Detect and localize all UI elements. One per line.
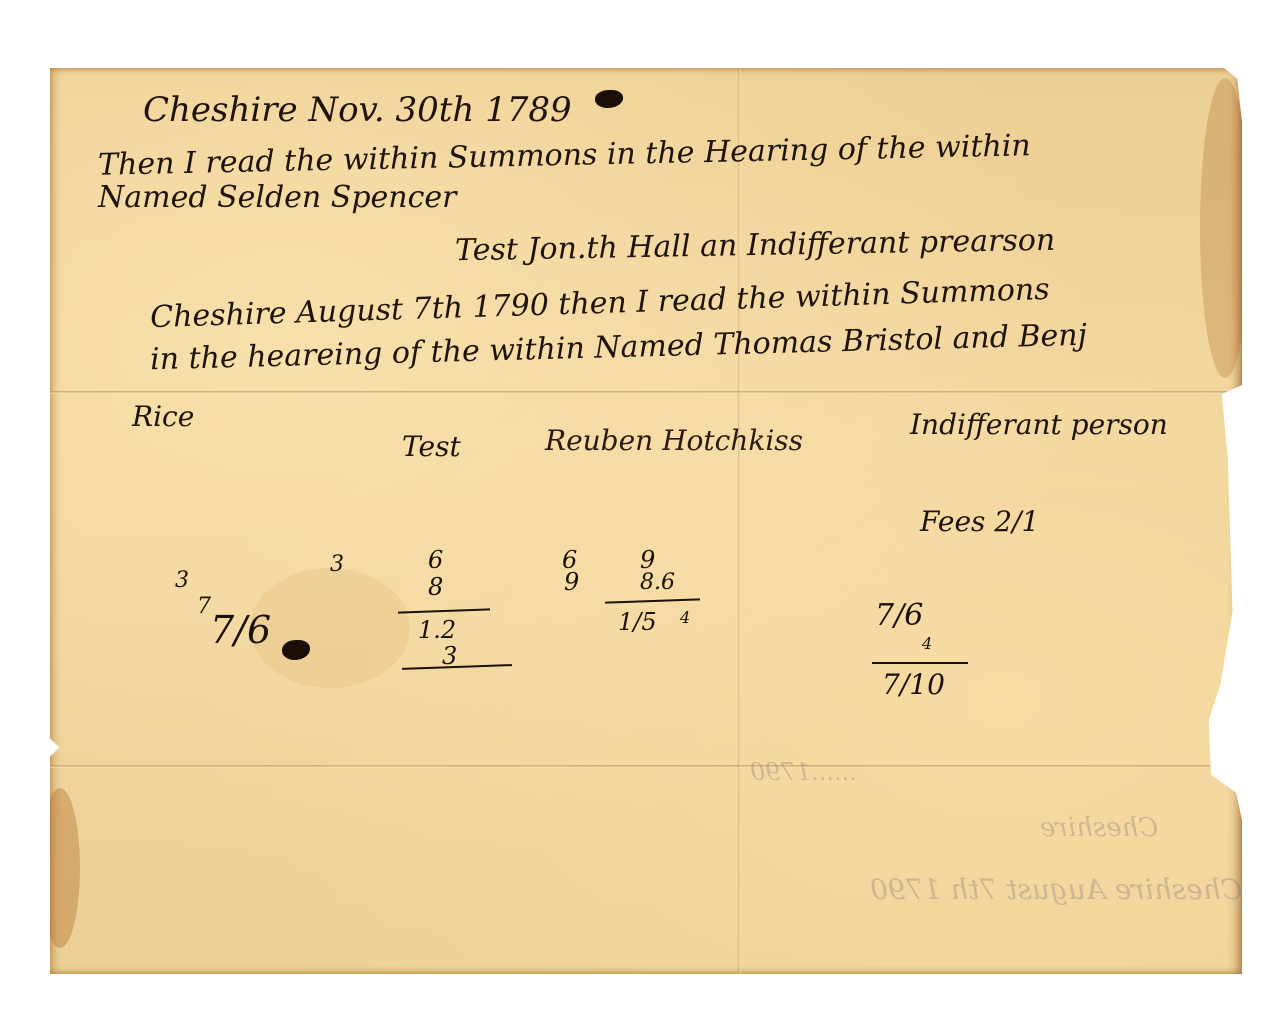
entry1-line2: Named Selden Spencer [98, 180, 457, 215]
edge-stain [40, 788, 80, 948]
calc-col5-add: 4 [922, 634, 932, 653]
horizontal-fold-upper [50, 391, 1242, 394]
sum-line [398, 608, 490, 613]
calc-col4-middle: 8.6 [640, 570, 675, 595]
calc-col3-below: 9 [564, 568, 579, 596]
calc-col1-value: 7/6 [210, 608, 271, 652]
calc-col2-sum: 1.2 [418, 616, 456, 644]
bleed-through-line1: ......1790 [750, 758, 857, 786]
date-line-1789: Cheshire Nov. 30th 1789 [143, 90, 572, 130]
calc-col4-note: 4 [680, 608, 690, 627]
manuscript-paper: Cheshire Nov. 30th 1789 Then I read the … [50, 68, 1242, 974]
calc-col5-total: 7/10 [882, 668, 945, 701]
attest-name: Reuben Hotchkiss [545, 424, 803, 457]
entry1-line1: Then I read the within Summons in the He… [98, 128, 1031, 183]
calc-col1-top-left: 3 [175, 568, 189, 593]
water-stain [250, 568, 410, 688]
edge-stain [1200, 78, 1250, 378]
ink-blot [595, 90, 623, 108]
vertical-fold [738, 68, 741, 974]
calc-col4-sum: 1/5 [618, 608, 657, 636]
sum-line [872, 662, 968, 664]
calc-col1-top-right: 3 [330, 552, 344, 577]
sum-line [605, 598, 700, 603]
entry1-attest: Test Jon.th Hall an Indifferant prearson [455, 223, 1056, 268]
bleed-through-line3: Cheshire August 7th 1790 [870, 873, 1242, 906]
calc-col5-value: 7/6 [875, 598, 923, 633]
bleed-through-line2: Cheshire [1040, 813, 1158, 843]
attest-prefix: Test [402, 430, 461, 463]
calc-col2-middle: 8 [428, 573, 443, 601]
horizontal-fold-lower [50, 765, 1242, 768]
fees-label: Fees 2/1 [920, 505, 1039, 538]
attest-suffix: Indifferant person [910, 408, 1168, 441]
calc-col2-top: 6 [428, 546, 443, 574]
calc-col1-small: 7 [197, 594, 211, 619]
entry2-line3: Rice [132, 400, 194, 433]
